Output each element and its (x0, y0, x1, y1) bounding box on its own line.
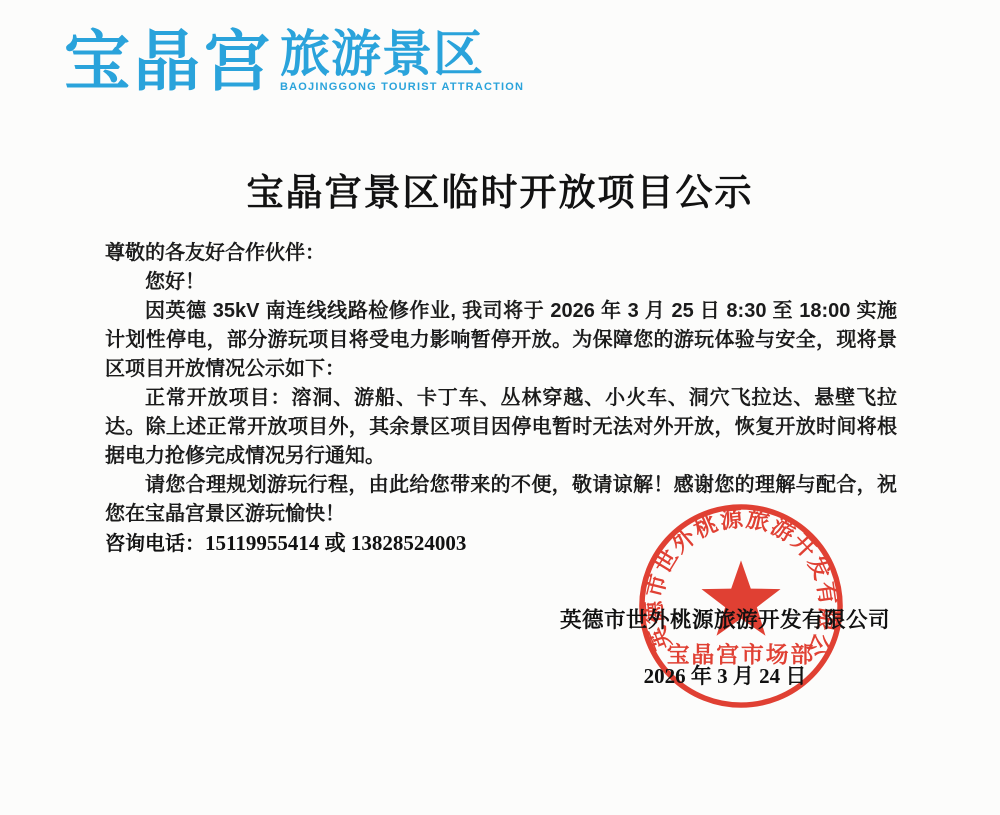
logo-cn-main: 宝晶宫 (64, 28, 274, 94)
greeting-line: 尊敬的各友好合作伙伴： (105, 239, 897, 268)
company-signature: 英德市世外桃源旅游开发有限公司 (525, 603, 925, 634)
notice-date: 2026 年 3 月 24 日 (525, 660, 925, 690)
salutation-line: 您好！ (105, 268, 897, 297)
notice-document: 宝晶宫 旅游景区 BAOJINGGONG TOURIST ATTRACTION … (0, 0, 1000, 815)
body-paragraph: 正常开放项目：溶洞、游船、卡丁车、丛林穿越、小火车、洞穴飞拉达、悬壁飞拉达。除上… (105, 384, 897, 471)
logo-cn-sub: 旅游景区 (280, 29, 524, 79)
notice-title: 宝晶宫景区临时开放项目公示 (0, 162, 1000, 216)
logo-en-tagline: BAOJINGGONG TOURIST ATTRACTION (280, 82, 524, 93)
attraction-logo: 宝晶宫 旅游景区 BAOJINGGONG TOURIST ATTRACTION (64, 28, 524, 94)
contact-label: 咨询电话： (105, 533, 205, 555)
body-paragraph: 因英德 35kV 南连线线路检修作业, 我司将于 2026 年 3 月 25 日… (105, 297, 897, 384)
contact-phone-numbers: 15119955414 或 13828524003 (205, 531, 466, 555)
